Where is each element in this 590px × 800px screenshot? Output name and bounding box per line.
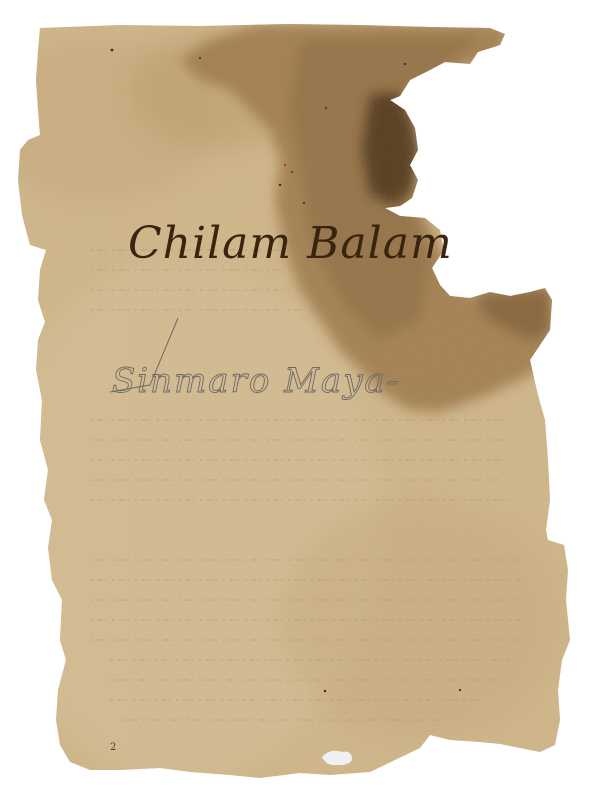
pencil-annotation: Sinmaro Maya- [112,361,400,401]
manuscript-scene: Chilam Balam Sinmaro Maya- 2 [0,0,590,800]
title-inscription: Chilam Balam [128,218,453,269]
page-number: 2 [110,742,116,753]
